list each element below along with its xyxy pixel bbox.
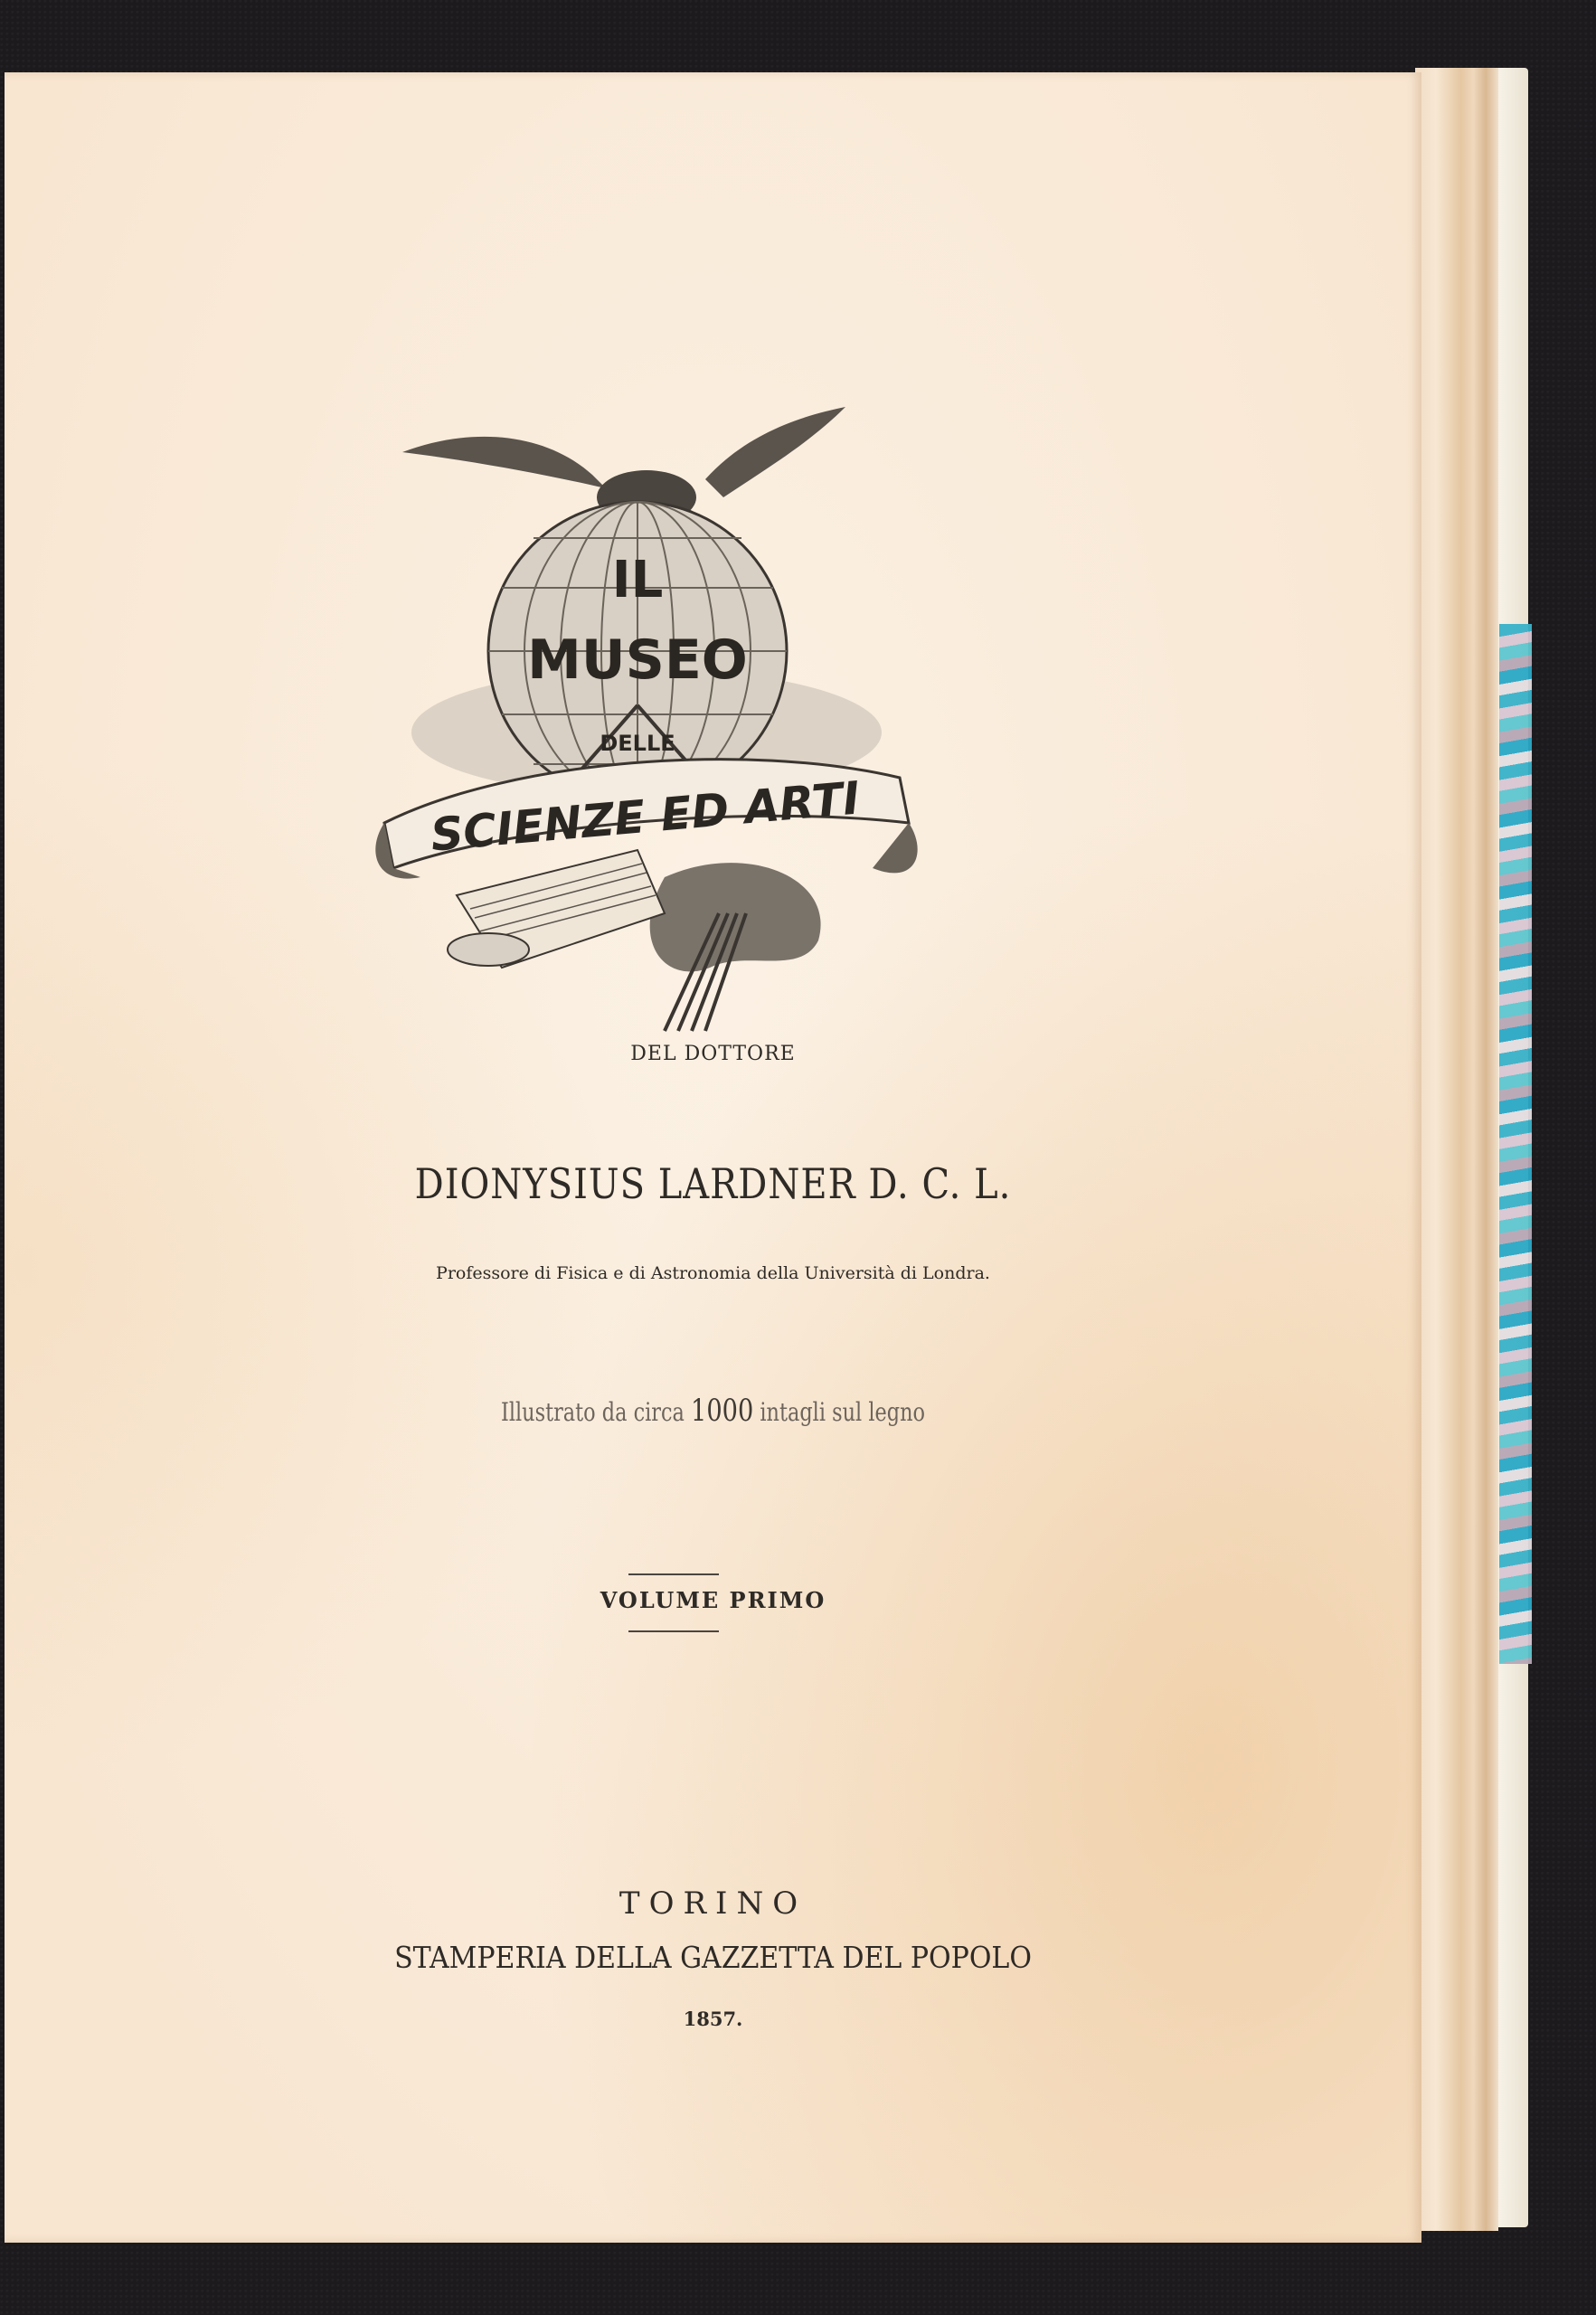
museum-emblem-illustration: IL MUSEO DELLE SCIENZE ED ARTI <box>366 317 927 1076</box>
volume-label: VOLUME PRIMO <box>5 1587 1421 1613</box>
illustration-suffix: intagli sul legno <box>760 1397 925 1427</box>
divider-top <box>628 1573 719 1575</box>
emblem-line1: IL <box>612 551 664 609</box>
printer: STAMPERIA DELLA GAZZETTA DEL POPOLO <box>5 1941 1421 1976</box>
page-edges <box>1415 68 1498 2231</box>
divider-bottom <box>628 1630 719 1632</box>
author-name: DIONYSIUS LARDNER D. C. L. <box>5 1161 1421 1209</box>
illustration-note: Illustrato da circa 1000 intagli sul leg… <box>146 1393 1280 1429</box>
year: 1857. <box>5 2008 1421 2030</box>
marbled-endpaper <box>1499 624 1532 1664</box>
author-intro: DEL DOTTORE <box>5 1043 1421 1065</box>
city: TORINO <box>5 1885 1421 1922</box>
emblem-line2: MUSEO <box>527 628 748 692</box>
title-page: IL MUSEO DELLE SCIENZE ED ARTI DEL DOTTO… <box>5 72 1421 2243</box>
illustration-count: 1000 <box>691 1393 753 1429</box>
illustration-prefix: Illustrato da circa <box>501 1397 685 1427</box>
emblem-line3: DELLE <box>600 731 675 756</box>
author-title: Professore di Fisica e di Astronomia del… <box>5 1263 1421 1283</box>
